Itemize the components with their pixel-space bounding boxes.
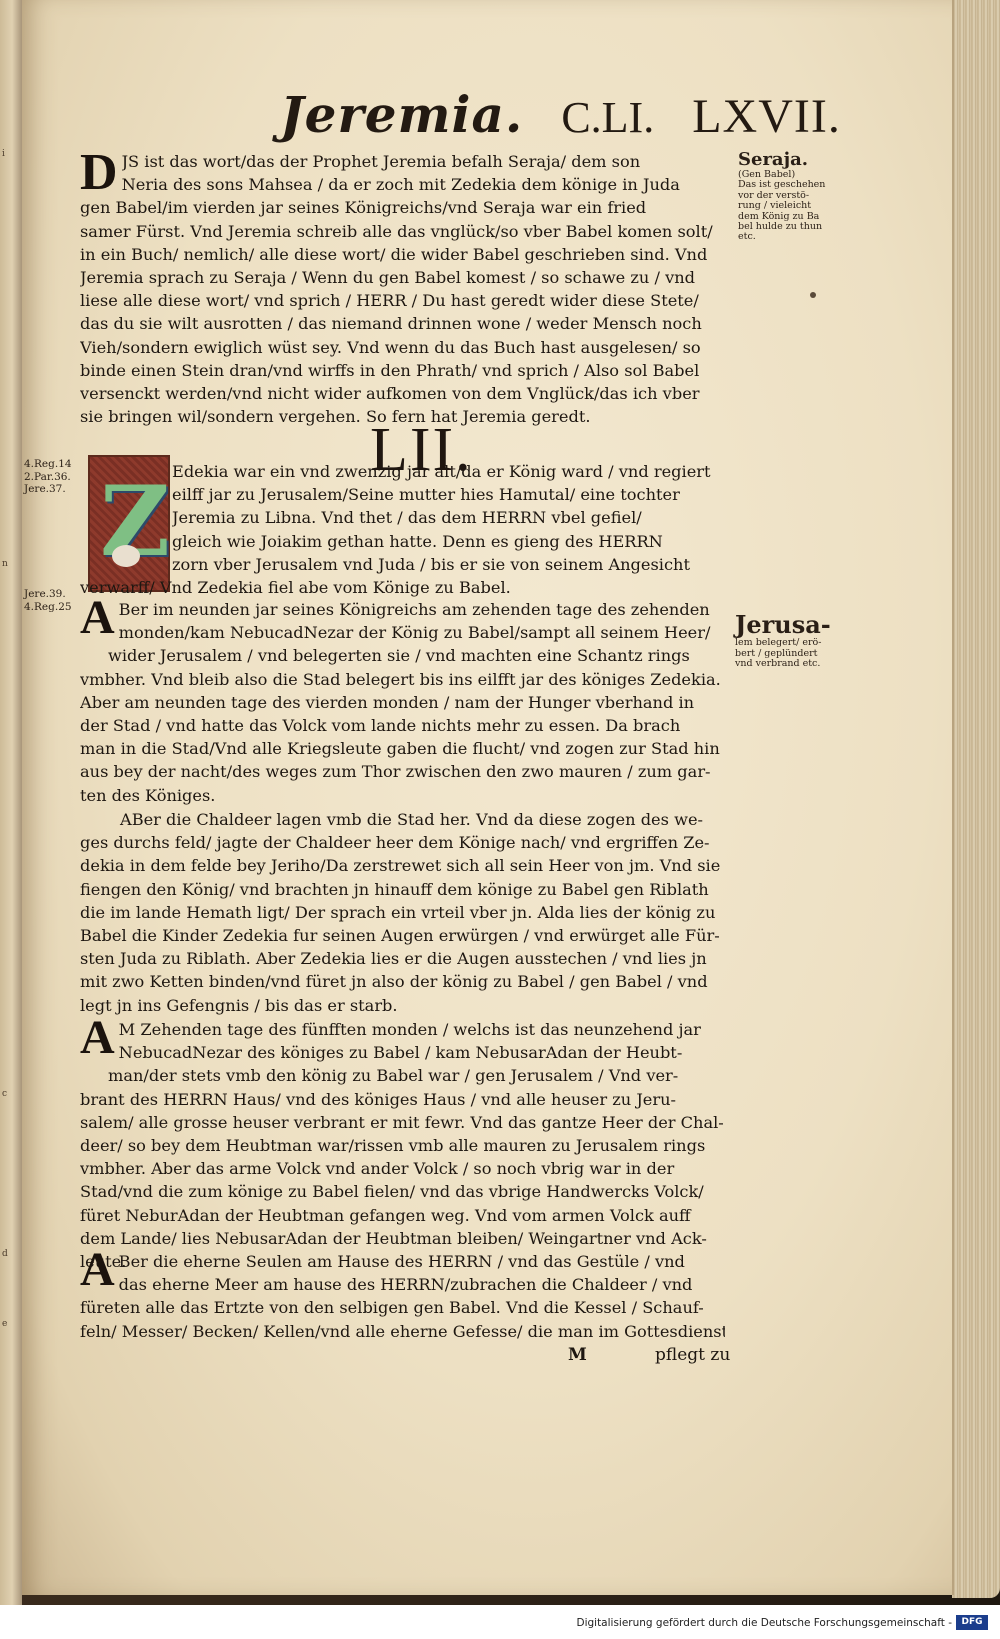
text-line: dem Lande/ lies NebusarAdan der Heubtman… bbox=[80, 1227, 725, 1250]
margin-note-seraja: Seraja. (Gen Babel) Das ist geschehen vo… bbox=[738, 150, 833, 243]
chapter-52-para-4: A M Zehenden tage des fünfften monden / … bbox=[80, 1018, 725, 1273]
text-line: gleich wie Joiakim gethan hatte. Denn es… bbox=[172, 530, 725, 553]
text-line: Neria des sons Mahsea / da er zoch mit Z… bbox=[122, 173, 725, 196]
chapter-52-para-1-end: verwarff/ Vnd Zedekia fiel abe vom König… bbox=[80, 576, 725, 599]
text-line: füreten alle das Ertzte von den selbigen… bbox=[80, 1296, 725, 1319]
page-edges bbox=[952, 0, 1000, 1598]
text-line: feln/ Messer/ Becken/ Kellen/vnd alle eh… bbox=[80, 1320, 725, 1343]
text-line: gen Babel/im vierden jar seines Königrei… bbox=[80, 196, 725, 219]
chapter-52-para-5: A Ber die eherne Seulen am Hause des HER… bbox=[80, 1250, 725, 1343]
text-line: ges durchs feld/ jagte der Chaldeer heer… bbox=[80, 831, 725, 854]
text-line: NebucadNezar des königes zu Babel / kam … bbox=[119, 1041, 725, 1064]
text-line: Ber im neunden jar seines Königreichs am… bbox=[119, 598, 725, 621]
text-line: aus bey der nacht/des weges zum Thor zwi… bbox=[80, 760, 725, 783]
text-line: Jeremia zu Libna. Vnd thet / das dem HER… bbox=[172, 506, 725, 529]
text-line: M Zehenden tage des fünfften monden / we… bbox=[119, 1018, 725, 1041]
cross-reference: 4.Reg.14 bbox=[24, 458, 72, 471]
catchword: pflegt zu bbox=[655, 1345, 730, 1365]
cross-references-a: 4.Reg.14 2.Par.36. Jere.37. bbox=[24, 458, 72, 496]
margin-note-line: rung / vieleicht bbox=[738, 201, 833, 211]
text-line: wider Jerusalem / vnd belegerten sie / v… bbox=[80, 644, 725, 667]
drop-initial: A bbox=[80, 598, 115, 638]
cross-references-b: Jere.39. 4.Reg.25 bbox=[24, 588, 72, 613]
footer-bar: Digitalisierung gefördert durch die Deut… bbox=[0, 1605, 1000, 1639]
chapter-52-para-2: A Ber im neunden jar seines Königreichs … bbox=[80, 598, 725, 807]
dfg-logo-icon[interactable]: DFG bbox=[956, 1615, 988, 1630]
text-line: brant des HERRN Haus/ vnd des königes Ha… bbox=[80, 1088, 725, 1111]
drop-initial: A bbox=[80, 1250, 115, 1290]
text-line: binde einen Stein dran/vnd wirffs in den… bbox=[80, 359, 725, 382]
text-line: zorn vber Jerusalem vnd Juda / bis er si… bbox=[172, 553, 725, 576]
cross-reference: Jere.39. bbox=[24, 588, 72, 601]
text-line: samer Fürst. Vnd Jeremia schreib alle da… bbox=[80, 220, 725, 243]
text-line: ABer die Chaldeer lagen vmb die Stad her… bbox=[80, 808, 725, 831]
text-line: ten des Königes. bbox=[80, 784, 725, 807]
leaf-fragment: c bbox=[2, 1090, 7, 1099]
text-line: mit zwo Ketten binden/vnd füret jn also … bbox=[80, 970, 725, 993]
text-line: JS ist das wort/das der Prophet Jeremia … bbox=[122, 150, 725, 173]
funding-credit: Digitalisierung gefördert durch die Deut… bbox=[576, 1617, 952, 1629]
cross-reference: Jere.37. bbox=[24, 483, 72, 496]
margin-note-line: etc. bbox=[738, 232, 833, 242]
book-title: Jeremia. bbox=[280, 85, 523, 144]
chapter-52-para-3: ABer die Chaldeer lagen vmb die Stad her… bbox=[80, 808, 725, 1017]
decorative-face-icon bbox=[112, 545, 140, 567]
chapter-51-ending: D JS ist das wort/das der Prophet Jeremi… bbox=[80, 150, 725, 428]
drop-initial: A bbox=[80, 1018, 115, 1058]
text-line: Aber am neunden tage des vierden monden … bbox=[80, 691, 725, 714]
chapter-52-para-1: Edekia war ein vnd zwenzig jar alt/da er… bbox=[172, 460, 725, 576]
cross-reference: 4.Reg.25 bbox=[24, 601, 72, 614]
ink-spot bbox=[810, 292, 816, 298]
leaf-fragment: n bbox=[2, 560, 8, 569]
text-line: vmbher. Vnd bleib also die Stad belegert… bbox=[80, 668, 725, 691]
signature-mark: M bbox=[568, 1345, 587, 1365]
text-line: Stad/vnd die zum könige zu Babel fielen/… bbox=[80, 1180, 725, 1203]
leaf-fragment: e bbox=[2, 1320, 7, 1329]
text-line: das eherne Meer am hause des HERRN/zubra… bbox=[119, 1273, 725, 1296]
margin-note-line: vnd verbrand etc. bbox=[735, 659, 835, 669]
text-line: Babel die Kinder Zedekia fur seinen Auge… bbox=[80, 924, 725, 947]
text-line: Jeremia sprach zu Seraja / Wenn du gen B… bbox=[80, 266, 725, 289]
text-line: man in die Stad/Vnd alle Kriegsleute gab… bbox=[80, 737, 725, 760]
leaf-fragment: d bbox=[2, 1250, 8, 1259]
text-line: versenckt werden/vnd nicht wider aufkome… bbox=[80, 382, 725, 405]
text-line: monden/kam NebucadNezar der König zu Bab… bbox=[119, 621, 725, 644]
drop-initial: D bbox=[80, 150, 118, 196]
folio-number: LXVII. bbox=[692, 89, 841, 144]
text-line: der Stad / vnd hatte das Volck vom lande… bbox=[80, 714, 725, 737]
text-line: salem/ alle grosse heuser verbrant er mi… bbox=[80, 1111, 725, 1134]
illuminated-initial: Z bbox=[88, 455, 170, 592]
margin-note-heading: Seraja. bbox=[738, 150, 833, 170]
margin-note-heading: Jerusa- bbox=[735, 612, 835, 638]
chapter-marker: C.LI. bbox=[561, 92, 654, 143]
running-header: Jeremia. C.LI. LXVII. bbox=[280, 85, 840, 155]
text-line: die im lande Hemath ligt/ Der sprach ein… bbox=[80, 901, 725, 924]
text-line: legt jn ins Gefengnis / bis das er starb… bbox=[80, 994, 725, 1017]
text-line: Edekia war ein vnd zwenzig jar alt/da er… bbox=[172, 460, 725, 483]
text-line: füret NeburAdan der Heubtman gefangen we… bbox=[80, 1204, 725, 1227]
leaf-fragment: i bbox=[2, 150, 5, 159]
text-line: Ber die eherne Seulen am Hause des HERRN… bbox=[119, 1250, 725, 1273]
previous-page-edge: i n c d e bbox=[0, 0, 22, 1605]
text-line: das du sie wilt ausrotten / das niemand … bbox=[80, 312, 725, 335]
text-line: deer/ so bey dem Heubtman war/rissen vmb… bbox=[80, 1134, 725, 1157]
text-line: verwarff/ Vnd Zedekia fiel abe vom König… bbox=[80, 576, 725, 599]
text-line: dekia in dem felde bey Jeriho/Da zerstre… bbox=[80, 854, 725, 877]
text-line: fiengen den König/ vnd brachten jn hinau… bbox=[80, 878, 725, 901]
margin-note-jerusalem: Jerusa- lem belegert/ erö- bert / geplün… bbox=[735, 612, 835, 670]
text-line: eilff jar zu Jerusalem/Seine mutter hies… bbox=[172, 483, 725, 506]
cross-reference: 2.Par.36. bbox=[24, 471, 72, 484]
text-line: Vieh/sondern ewiglich wüst sey. Vnd wenn… bbox=[80, 336, 725, 359]
text-line: man/der stets vmb den könig zu Babel war… bbox=[80, 1064, 725, 1087]
text-line: in ein Buch/ nemlich/ alle diese wort/ d… bbox=[80, 243, 725, 266]
text-line: liese alle diese wort/ vnd sprich / HERR… bbox=[80, 289, 725, 312]
text-line: sten Juda zu Riblath. Aber Zedekia lies … bbox=[80, 947, 725, 970]
text-line: vmbher. Aber das arme Volck vnd ander Vo… bbox=[80, 1157, 725, 1180]
